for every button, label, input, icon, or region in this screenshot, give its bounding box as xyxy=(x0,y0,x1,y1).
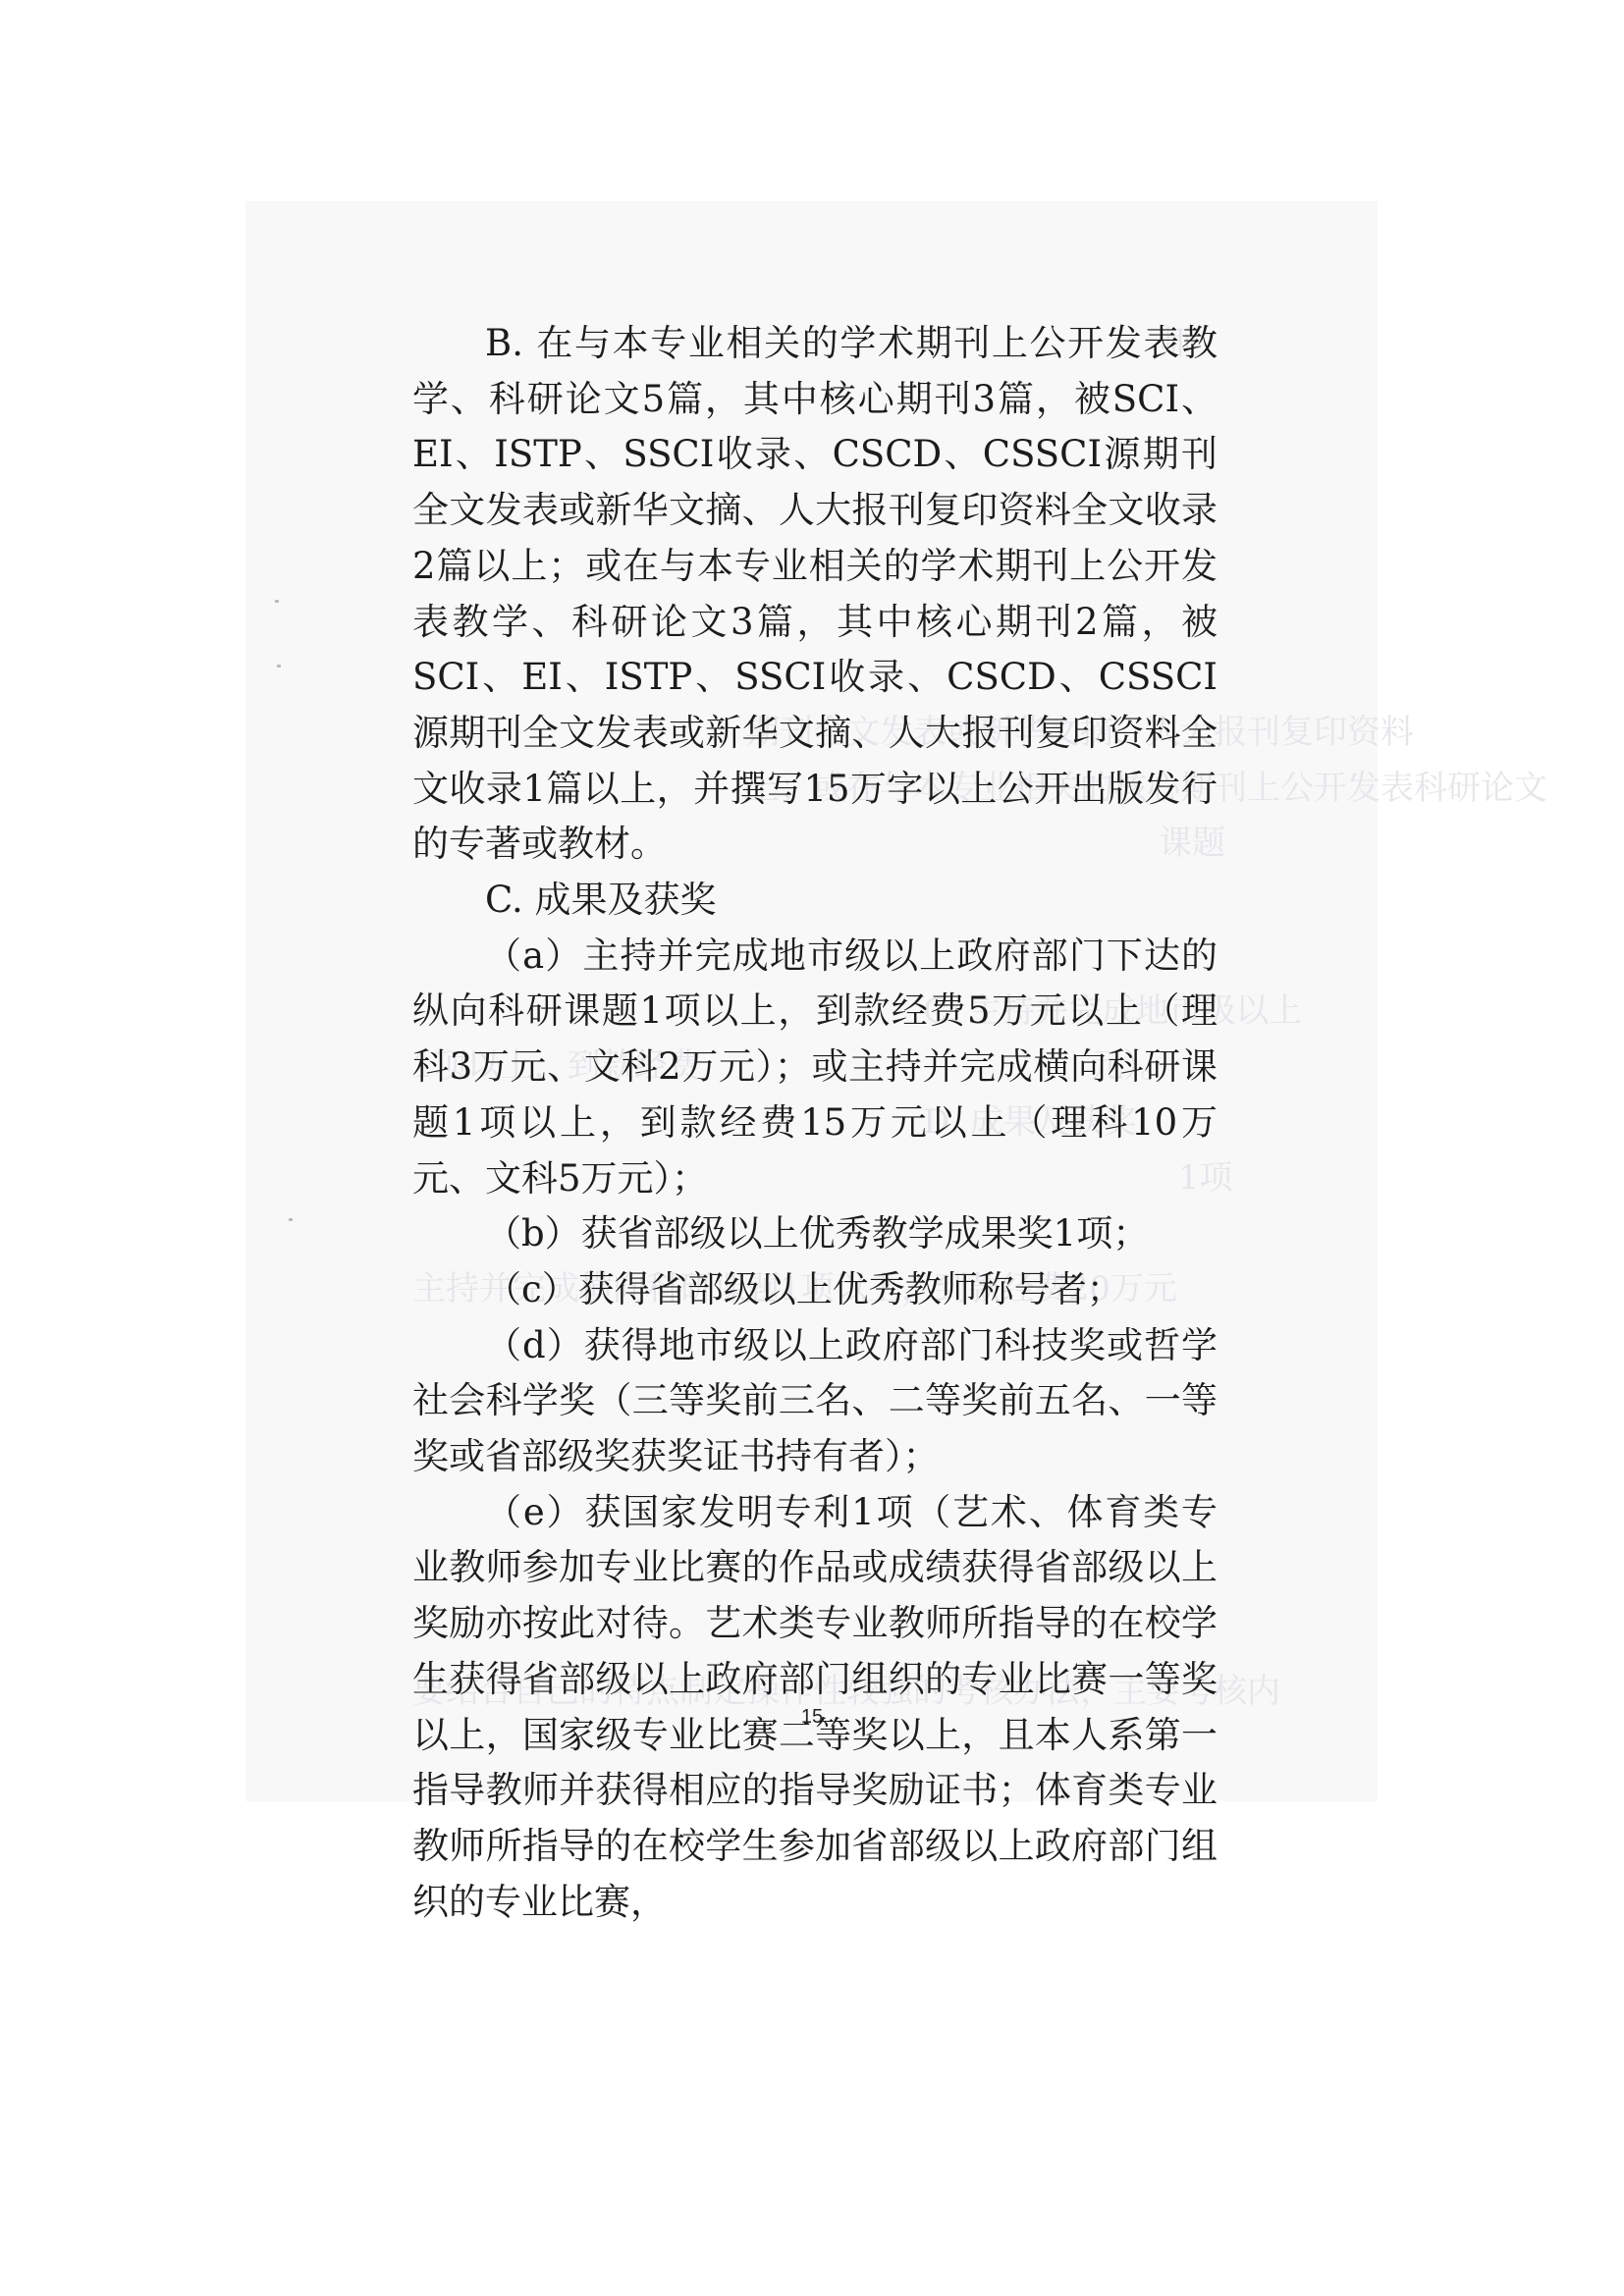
paragraph-b-teaching-award: （b）获省部级以上优秀教学成果奖1项； xyxy=(412,1206,1218,1262)
paragraph-d-science-award: （d）获得地市级以上政府部门科技奖或哲学社会科学奖（三等奖前三名、二等奖前五名、… xyxy=(412,1318,1218,1485)
paragraph-b-publications: B. 在与本专业相关的学术期刊上公开发表教学、科研论文5篇，其中核心期刊3篇，被… xyxy=(412,316,1218,873)
scan-speck xyxy=(275,600,279,603)
paragraph-c-teacher-title: （c）获得省部级以上优秀教师称号者； xyxy=(412,1262,1218,1318)
scan-speck xyxy=(277,665,281,667)
scan-speck xyxy=(289,1218,293,1221)
section-heading-c-achievements: C. 成果及获奖 xyxy=(412,873,1218,929)
paragraph-a-research-projects: （a）主持并完成地市级以上政府部门下达的纵向科研课题1项以上，到款经费5万元以上… xyxy=(412,929,1218,1207)
document-body: B. 在与本专业相关的学术期刊上公开发表教学、科研论文5篇，其中核心期刊3篇，被… xyxy=(412,316,1218,1930)
page-number: 15 xyxy=(0,1706,1624,1729)
